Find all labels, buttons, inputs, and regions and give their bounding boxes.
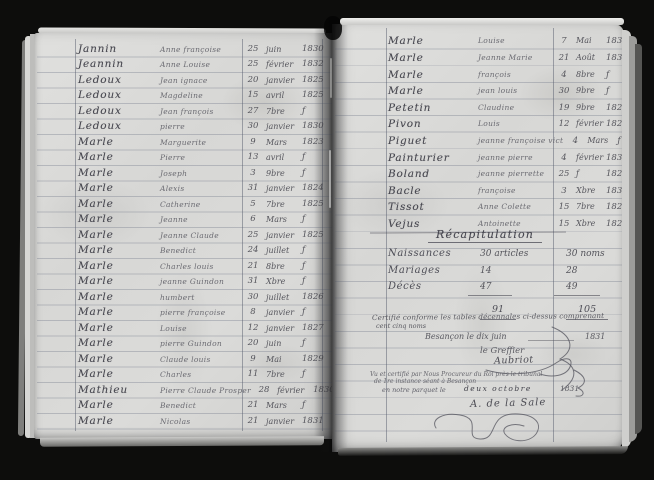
surname: Marle (78, 243, 160, 259)
given-name: Catherine (160, 197, 240, 213)
surname: Marle (78, 228, 160, 244)
register-row: Marle Marguerite 9 Mars 1823 (34, 135, 332, 151)
register-row: Jeannin Anne Louise 25 février 1832 (34, 57, 332, 73)
month: 9bre (266, 166, 302, 182)
given-name: Pierre Claude Prosper (160, 383, 251, 399)
certification-year: 1831 (585, 332, 605, 341)
day: 21 (240, 414, 266, 430)
binding-stitch (329, 150, 331, 208)
given-name: Magdeline (160, 88, 240, 104)
procureur-signature: A. de la Sale (470, 397, 547, 410)
register-row: Jannin Anne françoise 25 juin 1830 (34, 42, 332, 58)
month: 8bre (266, 259, 302, 275)
surname: Marle (388, 83, 478, 100)
right-page-top-edge (340, 18, 624, 25)
year: ƒ (302, 243, 332, 259)
surname: Tissot (388, 199, 478, 216)
given-name: Marguerite (160, 135, 240, 151)
month: janvier (266, 73, 302, 89)
surname: Marle (388, 67, 478, 84)
month: Mars (266, 135, 302, 151)
month: juin (266, 336, 302, 352)
surname: Marle (388, 50, 478, 67)
month: Xbre (266, 274, 302, 290)
register-row: Tissot Anne Colette 15 7bre 1823 (332, 199, 624, 216)
day: 9 (240, 135, 266, 151)
surname: Piguet (388, 133, 478, 150)
register-row: Ledoux Magdeline 15 avril 1825 (34, 88, 332, 104)
month: juin (266, 42, 302, 58)
month: février (266, 57, 302, 73)
register-row: Marle françois 4 8bre ƒ (332, 67, 624, 84)
day: 21 (240, 259, 266, 275)
right-page: Marle Louise 7 Mai 1831 Marle Jeanne Mar… (332, 24, 624, 452)
given-name: Jeanne Marie (478, 50, 552, 67)
given-name: Claudine (478, 100, 552, 117)
day: 31 (240, 181, 266, 197)
year: ƒ (302, 305, 332, 321)
month: février (277, 383, 313, 399)
year: ƒ (302, 150, 332, 166)
given-name: Charles (160, 367, 240, 383)
recap-label: Mariages (388, 263, 476, 280)
given-name: Pierre (160, 150, 240, 166)
day: 12 (552, 116, 576, 133)
recap-names: 49 (566, 279, 624, 296)
surname: Marle (78, 352, 160, 368)
surname: Marle (78, 367, 160, 383)
recap-articles: 30 articles (476, 246, 566, 263)
month: 7bre (576, 199, 606, 216)
day: 28 (251, 383, 277, 399)
year: 1824 (302, 181, 332, 197)
surname: Marle (78, 414, 160, 430)
month: janvier (266, 305, 302, 321)
year: 1827 (302, 321, 332, 337)
day: 30 (240, 119, 266, 135)
handwritten-dash (528, 340, 574, 341)
given-name: Anne Colette (478, 199, 552, 216)
given-name: pierre françoise (160, 305, 240, 321)
sum-line (468, 295, 512, 296)
month: 7bre (266, 104, 302, 120)
binding-stitch (330, 58, 332, 98)
given-name: Nicolas (160, 414, 240, 430)
year: ƒ (302, 367, 332, 383)
day: 3 (552, 183, 576, 200)
day: 25 (240, 228, 266, 244)
given-name: jean louis (478, 83, 552, 100)
register-row: Marle Charles louis 21 8bre ƒ (34, 259, 332, 275)
year: ƒ (302, 398, 332, 414)
surname: Marle (388, 33, 478, 50)
register-row: Marle Charles 11 7bre ƒ (34, 367, 332, 383)
surname: Painturier (388, 150, 478, 167)
year: 1825 (302, 228, 332, 244)
surname: Boland (388, 166, 478, 183)
day: 21 (552, 50, 576, 67)
day: 21 (240, 398, 266, 414)
register-row: Marle Louise 7 Mai 1831 (332, 33, 624, 50)
register-row: Painturier jeanne pierre 4 février 1831 (332, 150, 624, 167)
month: janvier (266, 228, 302, 244)
register-row: Marle Jeanne 6 Mars ƒ (34, 212, 332, 228)
month: 9bre (576, 100, 606, 117)
month: février (576, 150, 606, 167)
given-name: pierre (160, 119, 240, 135)
surname: Marle (78, 166, 160, 182)
register-row: Boland jeanne pierrette 25 ƒ 1823 (332, 166, 624, 183)
register-row: Marle Jeanne Marie 21 Août 1832 (332, 50, 624, 67)
surname: Marle (78, 274, 160, 290)
given-name: Anne Louise (160, 57, 240, 73)
register-row: Marle Pierre 13 avril ƒ (34, 150, 332, 166)
surname: Marle (78, 181, 160, 197)
register-row: Marle pierre françoise 8 janvier ƒ (34, 305, 332, 321)
day: 4 (552, 150, 576, 167)
register-row: Marle Nicolas 21 janvier 1831 (34, 414, 332, 430)
visa-year: 1831 (560, 384, 579, 393)
day: 8 (240, 305, 266, 321)
register-row: Ledoux Jean françois 27 7bre ƒ (34, 104, 332, 120)
month: janvier (266, 181, 302, 197)
year: 1830 (302, 119, 332, 135)
given-name: jeanne pierre (478, 150, 552, 167)
day: 20 (240, 336, 266, 352)
register-row: Marle Alexis 31 janvier 1824 (34, 181, 332, 197)
day: 27 (240, 104, 266, 120)
year: 1825 (302, 73, 332, 89)
day: 30 (240, 290, 266, 306)
surname: Marle (78, 321, 160, 337)
given-name: jeanne françoise vict (478, 133, 563, 150)
given-name: Jean françois (160, 104, 240, 120)
given-name: Jeanne (160, 212, 240, 228)
register-row: Ledoux pierre 30 janvier 1830 (34, 119, 332, 135)
register-row: Ledoux Jean ignace 20 janvier 1825 (34, 73, 332, 89)
certification-line-1: Certifié conforme les tables décennales … (372, 311, 604, 322)
year: 1825 (302, 88, 332, 104)
certification-line-2: cent cinq noms (376, 322, 426, 330)
surname: Marle (78, 135, 160, 151)
given-name: Anne françoise (160, 42, 240, 58)
month: janvier (266, 414, 302, 430)
day: 4 (563, 133, 587, 150)
surname: Petetin (388, 100, 478, 117)
given-name: Claude louis (160, 352, 240, 368)
day: 4 (552, 67, 576, 84)
given-name: jeanne Guindon (160, 274, 240, 290)
given-name: Alexis (160, 181, 240, 197)
visa-date: deux octobre (464, 384, 532, 393)
year: 1832 (302, 57, 332, 73)
surname: Marle (78, 150, 160, 166)
recap-articles: 14 (476, 263, 566, 280)
day: 15 (240, 88, 266, 104)
surname: Pivon (388, 116, 478, 133)
surname: Mathieu (78, 383, 160, 399)
day: 25 (552, 166, 576, 183)
given-name: Louis (478, 116, 552, 133)
surname: Ledoux (78, 88, 160, 104)
register-row: Petetin Claudine 19 9bre 1826 (332, 100, 624, 117)
month: avril (266, 88, 302, 104)
year: 1825 (302, 197, 332, 213)
left-page: Jannin Anne françoise 25 juin 1830 Jeann… (34, 33, 332, 439)
month: 7bre (266, 197, 302, 213)
given-name: françoise (478, 183, 552, 200)
clerk-signature: Aubriot (494, 354, 534, 366)
surname: Marle (78, 305, 160, 321)
month: janvier (266, 119, 302, 135)
day: 25 (240, 57, 266, 73)
month: Xbre (576, 216, 606, 233)
recap-label: Décès (388, 279, 476, 296)
surname: Jeannin (78, 57, 160, 73)
visa-line-1: Vu et certifié par Nous Procureur du Roi… (370, 371, 542, 378)
month: février (576, 116, 606, 133)
left-page-entries: Jannin Anne françoise 25 juin 1830 Jeann… (34, 42, 332, 430)
given-name: Charles louis (160, 259, 240, 275)
day: 9 (240, 352, 266, 368)
year: 1830 (302, 42, 332, 58)
left-page-bottom-edge (40, 436, 324, 446)
year: ƒ (302, 212, 332, 228)
surname: Ledoux (78, 119, 160, 135)
year: ƒ (302, 274, 332, 290)
month: Xbre (576, 183, 606, 200)
given-name: Benedict (160, 243, 240, 259)
surname: Marle (78, 290, 160, 306)
day: 15 (552, 199, 576, 216)
month: 9bre (576, 83, 606, 100)
day: 6 (240, 212, 266, 228)
given-name: humbert (160, 290, 240, 306)
day: 15 (552, 216, 576, 233)
surname: Marle (78, 336, 160, 352)
scanned-register-book: Jannin Anne françoise 25 juin 1830 Jeann… (0, 0, 654, 480)
surname: Marle (78, 259, 160, 275)
register-row: Marle Claude louis 9 Mai 1829 (34, 352, 332, 368)
month: 8bre (576, 67, 606, 84)
register-row: Marle Benedict 21 Mars ƒ (34, 398, 332, 414)
day: 5 (240, 197, 266, 213)
recap-row: Décès 47 49 (332, 279, 624, 296)
recap-label: Naissances (388, 246, 476, 263)
recap-articles: 47 (476, 279, 566, 296)
recap-row: Naissances 30 articles 30 noms (332, 246, 624, 263)
given-name: jeanne pierrette (478, 166, 552, 183)
day: 7 (552, 33, 576, 50)
visa-line-2: de 1re instance séant à Besançon (374, 378, 476, 385)
month: Mars (266, 398, 302, 414)
right-page-entries: Marle Louise 7 Mai 1831 Marle Jeanne Mar… (332, 33, 624, 232)
year: ƒ (302, 104, 332, 120)
day: 3 (240, 166, 266, 182)
day: 30 (552, 83, 576, 100)
register-row: Marle humbert 30 juillet 1826 (34, 290, 332, 306)
register-row: Pivon Louis 12 février 1829 (332, 116, 624, 133)
month: ƒ (576, 166, 606, 183)
register-row: Bacle françoise 3 Xbre 1832 (332, 183, 624, 200)
year: ƒ (302, 166, 332, 182)
year: 1823 (302, 135, 332, 151)
surname: Ledoux (78, 73, 160, 89)
register-row: Marle Louise 12 janvier 1827 (34, 321, 332, 337)
year: 1829 (302, 352, 332, 368)
register-row: Marle Jeanne Claude 25 janvier 1825 (34, 228, 332, 244)
recap-table: Naissances 30 articles 30 noms Mariages … (332, 246, 624, 296)
month: Mars (587, 133, 617, 150)
register-row: Marle jean louis 30 9bre ƒ (332, 83, 624, 100)
day: 13 (240, 150, 266, 166)
given-name: Louise (160, 321, 240, 337)
day: 25 (240, 42, 266, 58)
month: juillet (266, 243, 302, 259)
day: 31 (240, 274, 266, 290)
recap-names: 28 (566, 263, 624, 280)
month: Mai (266, 352, 302, 368)
signature-paraph (428, 404, 558, 448)
day: 11 (240, 367, 266, 383)
day: 19 (552, 100, 576, 117)
recap-title: Récapitulation (428, 228, 542, 243)
certification-place-date: Besançon le dix juin (425, 332, 507, 341)
given-name: Benedict (160, 398, 240, 414)
surname: Marle (78, 398, 160, 414)
recap-names: 30 noms (566, 246, 624, 263)
given-name: pierre Guindon (160, 336, 240, 352)
day: 24 (240, 243, 266, 259)
register-row: Marle jeanne Guindon 31 Xbre ƒ (34, 274, 332, 290)
given-name: Jean ignace (160, 73, 240, 89)
month: janvier (266, 321, 302, 337)
surname: Marle (78, 212, 160, 228)
recap-row: Mariages 14 28 (332, 263, 624, 280)
month: juillet (266, 290, 302, 306)
visa-line-3: en notre parquet le (382, 386, 446, 394)
surname: Marle (78, 197, 160, 213)
month: Mai (576, 33, 606, 50)
given-name: Louise (478, 33, 552, 50)
sum-line (554, 295, 600, 296)
register-row: Mathieu Pierre Claude Prosper 28 février… (34, 383, 332, 399)
month: Mars (266, 212, 302, 228)
page-stack-edge-right (635, 44, 642, 434)
given-name: françois (478, 67, 552, 84)
month: avril (266, 150, 302, 166)
register-row: Marle pierre Guindon 20 juin ƒ (34, 336, 332, 352)
month: Août (576, 50, 606, 67)
given-name: Jeanne Claude (160, 228, 240, 244)
register-row: Piguet jeanne françoise vict 4 Mars ƒ (332, 133, 624, 150)
surname: Bacle (388, 183, 478, 200)
register-row: Marle Benedict 24 juillet ƒ (34, 243, 332, 259)
month: 7bre (266, 367, 302, 383)
right-page-bottom-edge (338, 446, 628, 456)
day: 20 (240, 73, 266, 89)
surname: Ledoux (78, 104, 160, 120)
year: 1826 (302, 290, 332, 306)
register-row: Marle Joseph 3 9bre ƒ (34, 166, 332, 182)
year: ƒ (302, 259, 332, 275)
year: 1831 (302, 414, 332, 430)
given-name: Joseph (160, 166, 240, 182)
surname: Jannin (78, 42, 160, 58)
register-row: Marle Catherine 5 7bre 1825 (34, 197, 332, 213)
day: 12 (240, 321, 266, 337)
year: ƒ (302, 336, 332, 352)
